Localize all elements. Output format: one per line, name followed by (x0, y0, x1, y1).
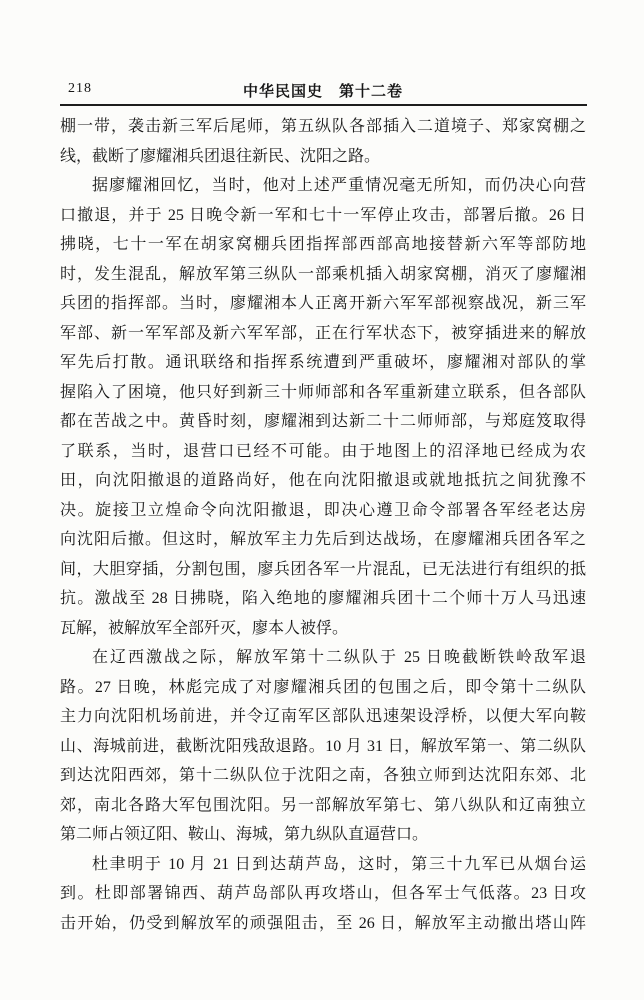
text-line: 线，截断了廖耀湘兵团退往新民、沈阳之路。 (60, 142, 586, 172)
text-line: 抗。激战至 28 日拂晓，陷入绝地的廖耀湘兵团十二个师十万人马迅速 (60, 584, 586, 614)
text-line: 棚一带，袭击新三军后尾师，第五纵队各部插入二道境子、郑家窝棚之 (60, 112, 586, 142)
text-line: 间，大胆穿插，分割包围，廖兵团各军一片混乱，已无法进行有组织的抵 (60, 555, 586, 585)
paragraph: 杜聿明于 10 月 21 日到达葫芦岛，这时，第三十九军已从烟台运 到。杜即部署… (60, 850, 586, 939)
text-line: 山、海城前进，截断沈阳残敌退路。10 月 31 日，解放军第一、第二纵队 (60, 732, 586, 762)
text-line: 拂晓，七十一军在胡家窝棚兵团指挥部西部高地接替新六军等部防地 (60, 230, 586, 260)
text-line: 兵团的指挥部。当时，廖耀湘本人正离开新六军军部视察战况，新三军 (60, 289, 586, 319)
book-page: 218 中华民国史 第十二卷 棚一带，袭击新三军后尾师，第五纵队各部插入二道境子… (0, 0, 644, 1000)
text-line: 郊，南北各路大军包围沈阳。另一部解放军第七、第八纵队和辽南独立 (60, 791, 586, 821)
text-line: 田，向沈阳撤退的道路尚好，他在向沈阳撤退或就地抵抗之间犹豫不 (60, 466, 586, 496)
paragraph: 棚一带，袭击新三军后尾师，第五纵队各部插入二道境子、郑家窝棚之 线，截断了廖耀湘… (60, 112, 586, 171)
text-line: 据廖耀湘回忆，当时，他对上述严重情况毫无所知，而仍决心向营 (60, 171, 586, 201)
header-divider-rule (60, 104, 587, 106)
text-line: 握陷入了困境，他只好到新三十师师部和各军重新建立联系，但各部队 (60, 378, 586, 408)
text-line: 都在苦战之中。黄昏时刻，廖耀湘到达新二十二师师部，与郑庭笈取得 (60, 407, 586, 437)
paragraph: 在辽西激战之际，解放军第十二纵队于 25 日晚截断铁岭敌军退 路。27 日晚，林… (60, 643, 586, 850)
paragraph: 据廖耀湘回忆，当时，他对上述严重情况毫无所知，而仍决心向营 口撤退，并于 25 … (60, 171, 586, 643)
text-line: 瓦解，被解放军全部歼灭，廖本人被俘。 (60, 614, 586, 644)
page-number: 218 (68, 81, 92, 97)
text-line: 了联系，当时，退营口已经不可能。由于地图上的沼泽地已经成为农 (60, 437, 586, 467)
text-line: 击开始，仍受到解放军的顽强阻击，至 26 日，解放军主动撤出塔山阵 (60, 909, 586, 939)
page-header: 218 中华民国史 第十二卷 (60, 80, 586, 102)
text-line: 向沈阳后撤。但这时，解放军主力先后到达战场，在廖耀湘兵团各军之 (60, 525, 586, 555)
text-line: 路。27 日晚，林彪完成了对廖耀湘兵团的包围之后，即令第十二纵队 (60, 673, 586, 703)
text-line: 时，发生混乱，解放军第三纵队一部乘机插入胡家窝棚，消灭了廖耀湘 (60, 260, 586, 290)
running-head-title: 中华民国史 第十二卷 (60, 80, 586, 101)
text-line: 口撤退，并于 25 日晚令新一军和七十一军停止攻击，部署后撤。26 日 (60, 201, 586, 231)
text-line: 在辽西激战之际，解放军第十二纵队于 25 日晚截断铁岭敌军退 (60, 643, 586, 673)
text-line: 军部、新一军军部及新六军军部，正在行军状态下，被穿插进来的解放 (60, 319, 586, 349)
text-line: 杜聿明于 10 月 21 日到达葫芦岛，这时，第三十九军已从烟台运 (60, 850, 586, 880)
text-line: 到。杜即部署锦西、葫芦岛部队再攻塔山，但各军士气低落。23 日攻 (60, 879, 586, 909)
text-line: 主力向沈阳机场前进，并令辽南军区部队迅速架设浮桥，以便大军向鞍 (60, 702, 586, 732)
text-line: 军先后打散。通讯联络和指挥系统遭到严重破坏，廖耀湘对部队的掌 (60, 348, 586, 378)
text-line: 第二师占领辽阳、鞍山、海城，第九纵队直逼营口。 (60, 820, 586, 850)
text-line: 决。旋接卫立煌命令向沈阳撤退，即决心遵卫命令部署各军经老达房 (60, 496, 586, 526)
text-line: 到达沈阳西郊，第十二纵队位于沈阳之南，各独立师到达沈阳东郊、北 (60, 761, 586, 791)
body-text: 棚一带，袭击新三军后尾师，第五纵队各部插入二道境子、郑家窝棚之 线，截断了廖耀湘… (60, 112, 586, 938)
